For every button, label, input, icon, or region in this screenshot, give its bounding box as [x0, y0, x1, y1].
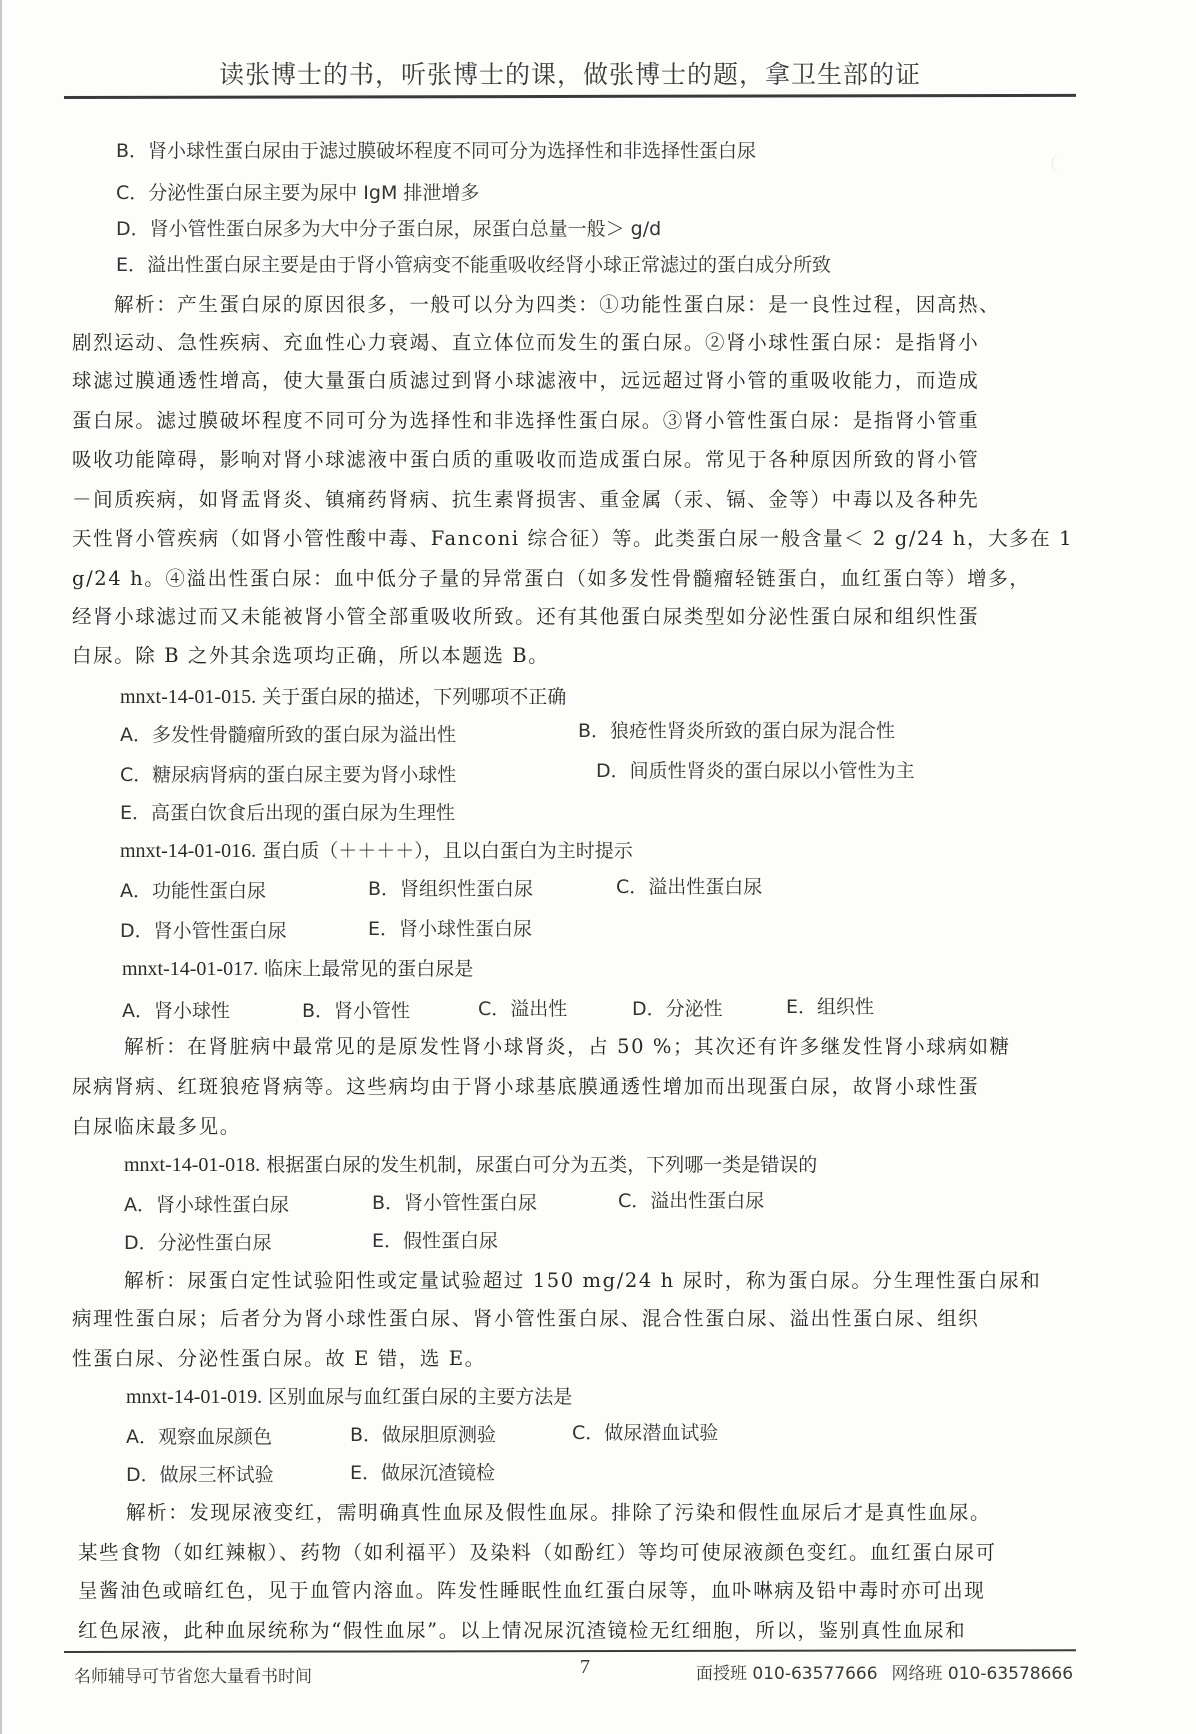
- question-stem: 蛋白质（＋＋＋＋），且以白蛋白为主时提示: [262, 840, 633, 862]
- explanation-line: 解析：发现尿液变红，需明确真性血尿及假性血尿。排除了污染和假性血尿后才是真性血尿…: [126, 1500, 991, 1526]
- page-header: 读张博士的书，听张博士的课，做张博士的题，拿卫生部的证: [64, 56, 1076, 94]
- question-id: mnxt-14-01-018.: [124, 1154, 260, 1176]
- question-header: mnxt-14-01-015. 关于蛋白尿的描述，下列哪项不正确: [120, 684, 566, 710]
- question-stem: 区别血尿与血红蛋白尿的主要方法是: [268, 1386, 572, 1408]
- option-e: E．假性蛋白尿: [372, 1228, 498, 1254]
- option-d: D．分泌性: [632, 996, 723, 1022]
- question-id: mnxt-14-01-017.: [122, 958, 258, 980]
- explanation-line: 解析：尿蛋白定性试验阳性或定量试验超过 150 mg/24 h 尿时，称为蛋白尿…: [124, 1268, 1041, 1294]
- question-stem: 临床上最常见的蛋白尿是: [264, 958, 473, 980]
- header-slogan: 读张博士的书，听张博士的课，做张博士的题，拿卫生部的证: [219, 60, 921, 89]
- explanation-line: 吸收功能障碍，影响对肾小球滤液中蛋白质的重吸收而造成蛋白尿。常见于各种原因所致的…: [72, 447, 979, 473]
- option-d: D．肾小管性蛋白尿: [120, 918, 287, 944]
- explanation-line: 红色尿液，此种血尿统称为“假性血尿”。以上情况尿沉渣镜检无红细胞，所以，鉴别真性…: [78, 1618, 966, 1644]
- bleed-through-mark: （: [1040, 150, 1058, 176]
- explanation-line: 白尿。除 B 之外其余选项均正确，所以本题选 B。: [72, 643, 549, 669]
- option-b: B．狼疮性肾炎所致的蛋白尿为混合性: [578, 718, 895, 744]
- option-b: B．做尿胆原测验: [350, 1422, 496, 1448]
- option-c: C．糖尿病肾病的蛋白尿主要为肾小球性: [120, 762, 456, 788]
- explanation-line: 解析：产生蛋白尿的原因很多，一般可以分为四类：①功能性蛋白尿：是一良性过程，因高…: [114, 292, 1000, 318]
- question-header: mnxt-14-01-019. 区别血尿与血红蛋白尿的主要方法是: [126, 1384, 572, 1410]
- explanation-line: g/24 h。④溢出性蛋白尿：血中低分子量的异常蛋白（如多发性骨髓瘤轻链蛋白，血…: [72, 566, 1030, 592]
- explanation-line: 剧烈运动、急性疾病、充血性心力衰竭、直立体位而发生的蛋白尿。②肾小球性蛋白尿：是…: [72, 330, 979, 356]
- explanation-line: 蛋白尿。滤过膜破坏程度不同可分为选择性和非选择性蛋白尿。③肾小管性蛋白尿：是指肾…: [72, 408, 979, 434]
- question-stem: 根据蛋白尿的发生机制，尿蛋白可分为五类，下列哪一类是错误的: [266, 1154, 817, 1176]
- explanation-line: 天性肾小管疾病（如肾小管性酸中毒、Fanconi 综合征）等。此类蛋白尿一般含量…: [72, 526, 1073, 552]
- explanation-line: －间质疾病，如肾盂肾炎、镇痛药肾病、抗生素肾损害、重金属（汞、镉、金等）中毒以及…: [72, 487, 979, 513]
- explanation-line: 解析：在肾脏病中最常见的是原发性肾小球肾炎，占 50 %；其次还有许多继发性肾小…: [124, 1034, 1011, 1060]
- option-b: B．肾组织性蛋白尿: [368, 876, 533, 902]
- contact-in-person: 面授班 010-63577666: [696, 1664, 878, 1684]
- explanation-line: 性蛋白尿、分泌性蛋白尿。故 E 错，选 E。: [72, 1346, 486, 1372]
- explanation-line: 病理性蛋白尿；后者分为肾小球性蛋白尿、肾小管性蛋白尿、混合性蛋白尿、溢出性蛋白尿…: [72, 1306, 979, 1332]
- header-rule: [64, 94, 1076, 99]
- option-d: D．分泌性蛋白尿: [124, 1230, 272, 1256]
- option-a: A．肾小球性: [122, 998, 230, 1024]
- option-a: A．多发性骨髓瘤所致的蛋白尿为溢出性: [120, 722, 456, 748]
- option-a: A．肾小球性蛋白尿: [124, 1192, 289, 1218]
- footer-contacts: 面授班 010-63577666网络班 010-63578666: [696, 1659, 1073, 1684]
- option-e: E．组织性: [786, 994, 874, 1020]
- option-c: C．分泌性蛋白尿主要为尿中 IgM 排泄增多: [116, 180, 479, 206]
- option-a: A．功能性蛋白尿: [120, 878, 266, 904]
- question-header: mnxt-14-01-017. 临床上最常见的蛋白尿是: [122, 956, 473, 982]
- option-c: C．溢出性蛋白尿: [616, 874, 762, 900]
- explanation-line: 白尿临床最多见。: [72, 1114, 241, 1140]
- contact-online: 网络班 010-63578666: [892, 1664, 1074, 1684]
- explanation-line: 尿病肾病、红斑狼疮肾病等。这些病均由于肾小球基底膜通透性增加而出现蛋白尿，故肾小…: [72, 1074, 979, 1100]
- option-b: B．肾小管性蛋白尿: [372, 1190, 537, 1216]
- option-e: E．做尿沉渣镜检: [350, 1460, 495, 1486]
- option-a: A．观察血尿颜色: [126, 1424, 272, 1450]
- question-header: mnxt-14-01-018. 根据蛋白尿的发生机制，尿蛋白可分为五类，下列哪一…: [124, 1152, 817, 1178]
- question-id: mnxt-14-01-019.: [126, 1386, 262, 1408]
- question-header: mnxt-14-01-016. 蛋白质（＋＋＋＋），且以白蛋白为主时提示: [120, 838, 633, 864]
- option-d: D．间质性肾炎的蛋白尿以小管性为主: [596, 758, 915, 784]
- question-id: mnxt-14-01-016.: [120, 840, 256, 862]
- explanation-line: 某些食物（如红辣椒）、药物（如利福平）及染料（如酚红）等均可使尿液颜色变红。血红…: [78, 1540, 997, 1566]
- option-c: C．做尿潜血试验: [572, 1420, 718, 1446]
- option-c: C．溢出性蛋白尿: [618, 1188, 764, 1214]
- question-stem: 关于蛋白尿的描述，下列哪项不正确: [262, 686, 566, 708]
- option-e: E．肾小球性蛋白尿: [368, 916, 532, 942]
- question-id: mnxt-14-01-015.: [120, 686, 256, 708]
- option-d: D．肾小管性蛋白尿多为大中分子蛋白尿，尿蛋白总量一般＞ g/d: [116, 216, 661, 242]
- option-d: D．做尿三杯试验: [126, 1462, 274, 1488]
- explanation-line: 球滤过膜通透性增高，使大量蛋白质滤过到肾小球滤液中，远远超过肾小管的重吸收能力，…: [72, 368, 979, 394]
- option-c: C．溢出性: [478, 996, 567, 1022]
- footer-rule: [64, 1649, 1076, 1653]
- option-e: E．高蛋白饮食后出现的蛋白尿为生理性: [120, 800, 455, 826]
- page-number: 7: [580, 1656, 590, 1679]
- explanation-line: 经肾小球滤过而又未能被肾小管全部重吸收所致。还有其他蛋白尿类型如分泌性蛋白尿和组…: [72, 604, 979, 630]
- option-e: E．溢出性蛋白尿主要是由于肾小管病变不能重吸收经肾小球正常滤过的蛋白成分所致: [116, 252, 831, 278]
- footer-tagline: 名师辅导可节省您大量看书时间: [74, 1662, 312, 1687]
- option-b: B．肾小球性蛋白尿由于滤过膜破坏程度不同可分为选择性和非选择性蛋白尿: [116, 138, 756, 164]
- scan-page-edge: [0, 0, 2, 1734]
- option-b: B．肾小管性: [302, 998, 410, 1024]
- explanation-line: 呈酱油色或暗红色，见于血管内溶血。阵发性睡眠性血红蛋白尿等，血卟啉病及铅中毒时亦…: [78, 1578, 985, 1604]
